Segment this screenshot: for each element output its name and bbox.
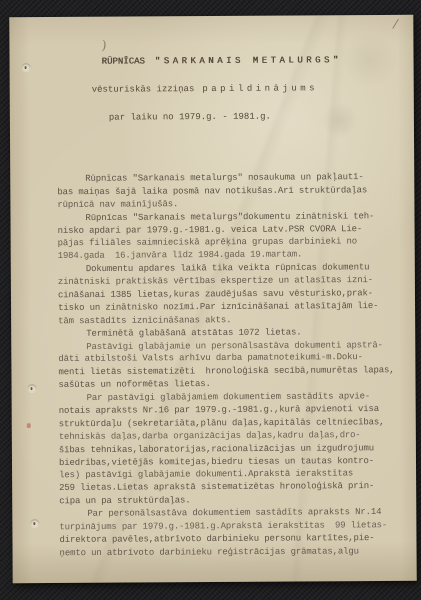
document-title-line-2: vēsturiskās izziņaspapildinājums	[92, 83, 318, 94]
text-line: Par pastāvīgi glabājamiem dokumentiem sa…	[59, 390, 403, 405]
text-line: les) pastāvīgi glabājamie dokumenti.Apra…	[59, 468, 403, 483]
corner-pencil-mark: /	[392, 17, 400, 33]
text-line: Rūpnīcas "Sarkanais metalurgs"dokumentu …	[57, 210, 401, 225]
photo-of-document: { "page": { "background_color": "#202022…	[0, 0, 421, 600]
text-line: tām sastādīts iznīcināšanas akts.	[58, 313, 402, 328]
text-line: šības tehnikas,laboratorijas,racionalizā…	[59, 442, 403, 457]
pencil-mark: )	[101, 38, 108, 53]
text-line: menti lietās sistematizēti hronoloģiskā …	[58, 365, 402, 380]
body-text: Rūpnīcas "Sarkanais metalurgs" nosaukuma…	[57, 171, 403, 560]
factory-name: "SARKANAIS METALURGS"	[155, 55, 342, 66]
punch-hole	[22, 63, 31, 71]
title-block: RŪPNĪCAS"SARKANAIS METALURGS" vēsturiskā…	[9, 15, 413, 17]
document-page: ) / RŪPNĪCAS"SARKANAIS METALURGS" vēstur…	[9, 15, 416, 583]
document-title-line-1: RŪPNĪCAS"SARKANAIS METALURGS"	[102, 55, 342, 66]
text-line: ņemto un atbrīvoto darbinieku reģistrāci…	[60, 545, 404, 560]
text-line: turpinājums par 1979.g.-1981.g.Aprakstā …	[59, 519, 403, 534]
text-line: cināšanai 1385 lietas,kuras zaudējušas s…	[58, 287, 402, 302]
punch-hole	[30, 519, 39, 527]
punch-hole	[28, 384, 37, 392]
red-ink-speck	[27, 423, 31, 428]
title-prefix: RŪPNĪCAS	[102, 56, 145, 66]
subtitle-emphasis: papildinājums	[202, 83, 318, 94]
subtitle-prefix: vēsturiskās izziņas	[92, 84, 195, 95]
document-title-line-3: par laiku no 1979.g. - 1981.g.	[109, 112, 271, 123]
